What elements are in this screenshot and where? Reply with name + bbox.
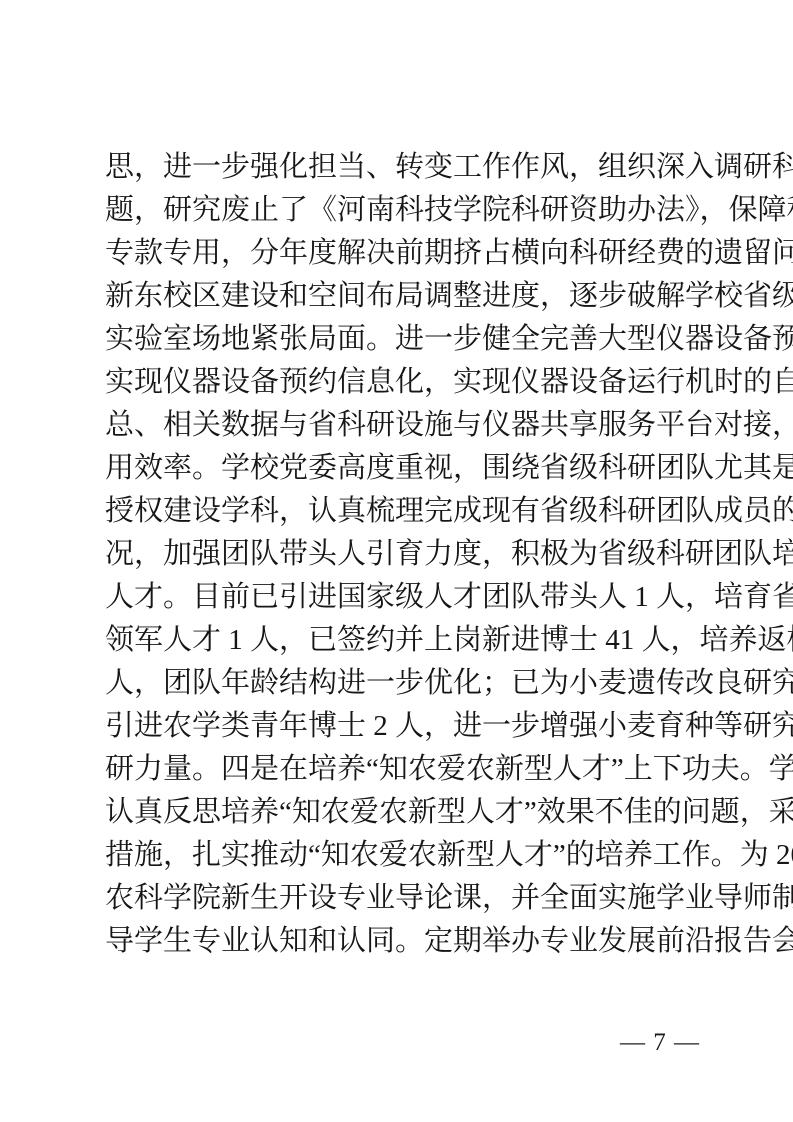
text-line: 实验室场地紧张局面。进一步健全完善大型仪器设备预约系统， xyxy=(105,318,700,361)
text-line: 授权建设学科，认真梳理完成现有省级科研团队成员的组成情 xyxy=(105,490,700,533)
text-line: 题，研究废止了《河南科技学院科研资助办法》，保障科研经费 xyxy=(105,189,700,232)
document-page: 思，进一步强化担当、转变工作作风，组织深入调研科研经费问 题，研究废止了《河南科… xyxy=(0,0,793,1122)
text-line: 导学生专业认知和认同。定期举办专业发展前沿报告会、优秀校 xyxy=(105,920,700,963)
text-line: 引进农学类青年博士 2 人，进一步增强小麦育种等研究方向的科 xyxy=(105,705,700,748)
text-line: 用效率。学校党委高度重视，围绕省级科研团队尤其是博士学位 xyxy=(105,447,700,490)
text-line: 新东校区建设和空间布局调整进度，逐步破解学校省级以上科研 xyxy=(105,275,700,318)
text-line: 实现仪器设备预约信息化，实现仪器设备运行机时的自动统计汇 xyxy=(105,361,700,404)
text-line: 思，进一步强化担当、转变工作作风，组织深入调研科研经费问 xyxy=(105,146,700,189)
text-line: 领军人才 1 人，已签约并上岗新进博士 41 人，培养返校博士 12 xyxy=(105,619,700,662)
text-line: 农科学院新生开设专业导论课，并全面实施学业导师制，加强引 xyxy=(105,877,700,920)
text-line: 总、相关数据与省科研设施与仪器共享服务平台对接，提高了使 xyxy=(105,404,700,447)
text-line: 措施，扎实推动“知农爱农新型人才”的培养工作。为 2022 级 xyxy=(105,834,700,877)
text-line: 人，团队年龄结构进一步优化；已为小麦遗传改良研究中心团队 xyxy=(105,662,700,705)
text-line: 专款专用，分年度解决前期挤占横向科研经费的遗留问题。根据 xyxy=(105,232,700,275)
text-line: 研力量。四是在培养“知农爱农新型人才”上下功夫。学校党委 xyxy=(105,748,700,791)
text-line: 人才。目前已引进国家级人才团队带头人 1 人，培育省科技创新 xyxy=(105,576,700,619)
text-line: 认真反思培养“知农爱农新型人才”效果不佳的问题，采取有力 xyxy=(105,791,700,834)
body-text: 思，进一步强化担当、转变工作作风，组织深入调研科研经费问 题，研究废止了《河南科… xyxy=(105,146,700,963)
page-number: — 7 — xyxy=(590,1028,700,1058)
text-line: 况，加强团队带头人引育力度，积极为省级科研团队培育或引进 xyxy=(105,533,700,576)
